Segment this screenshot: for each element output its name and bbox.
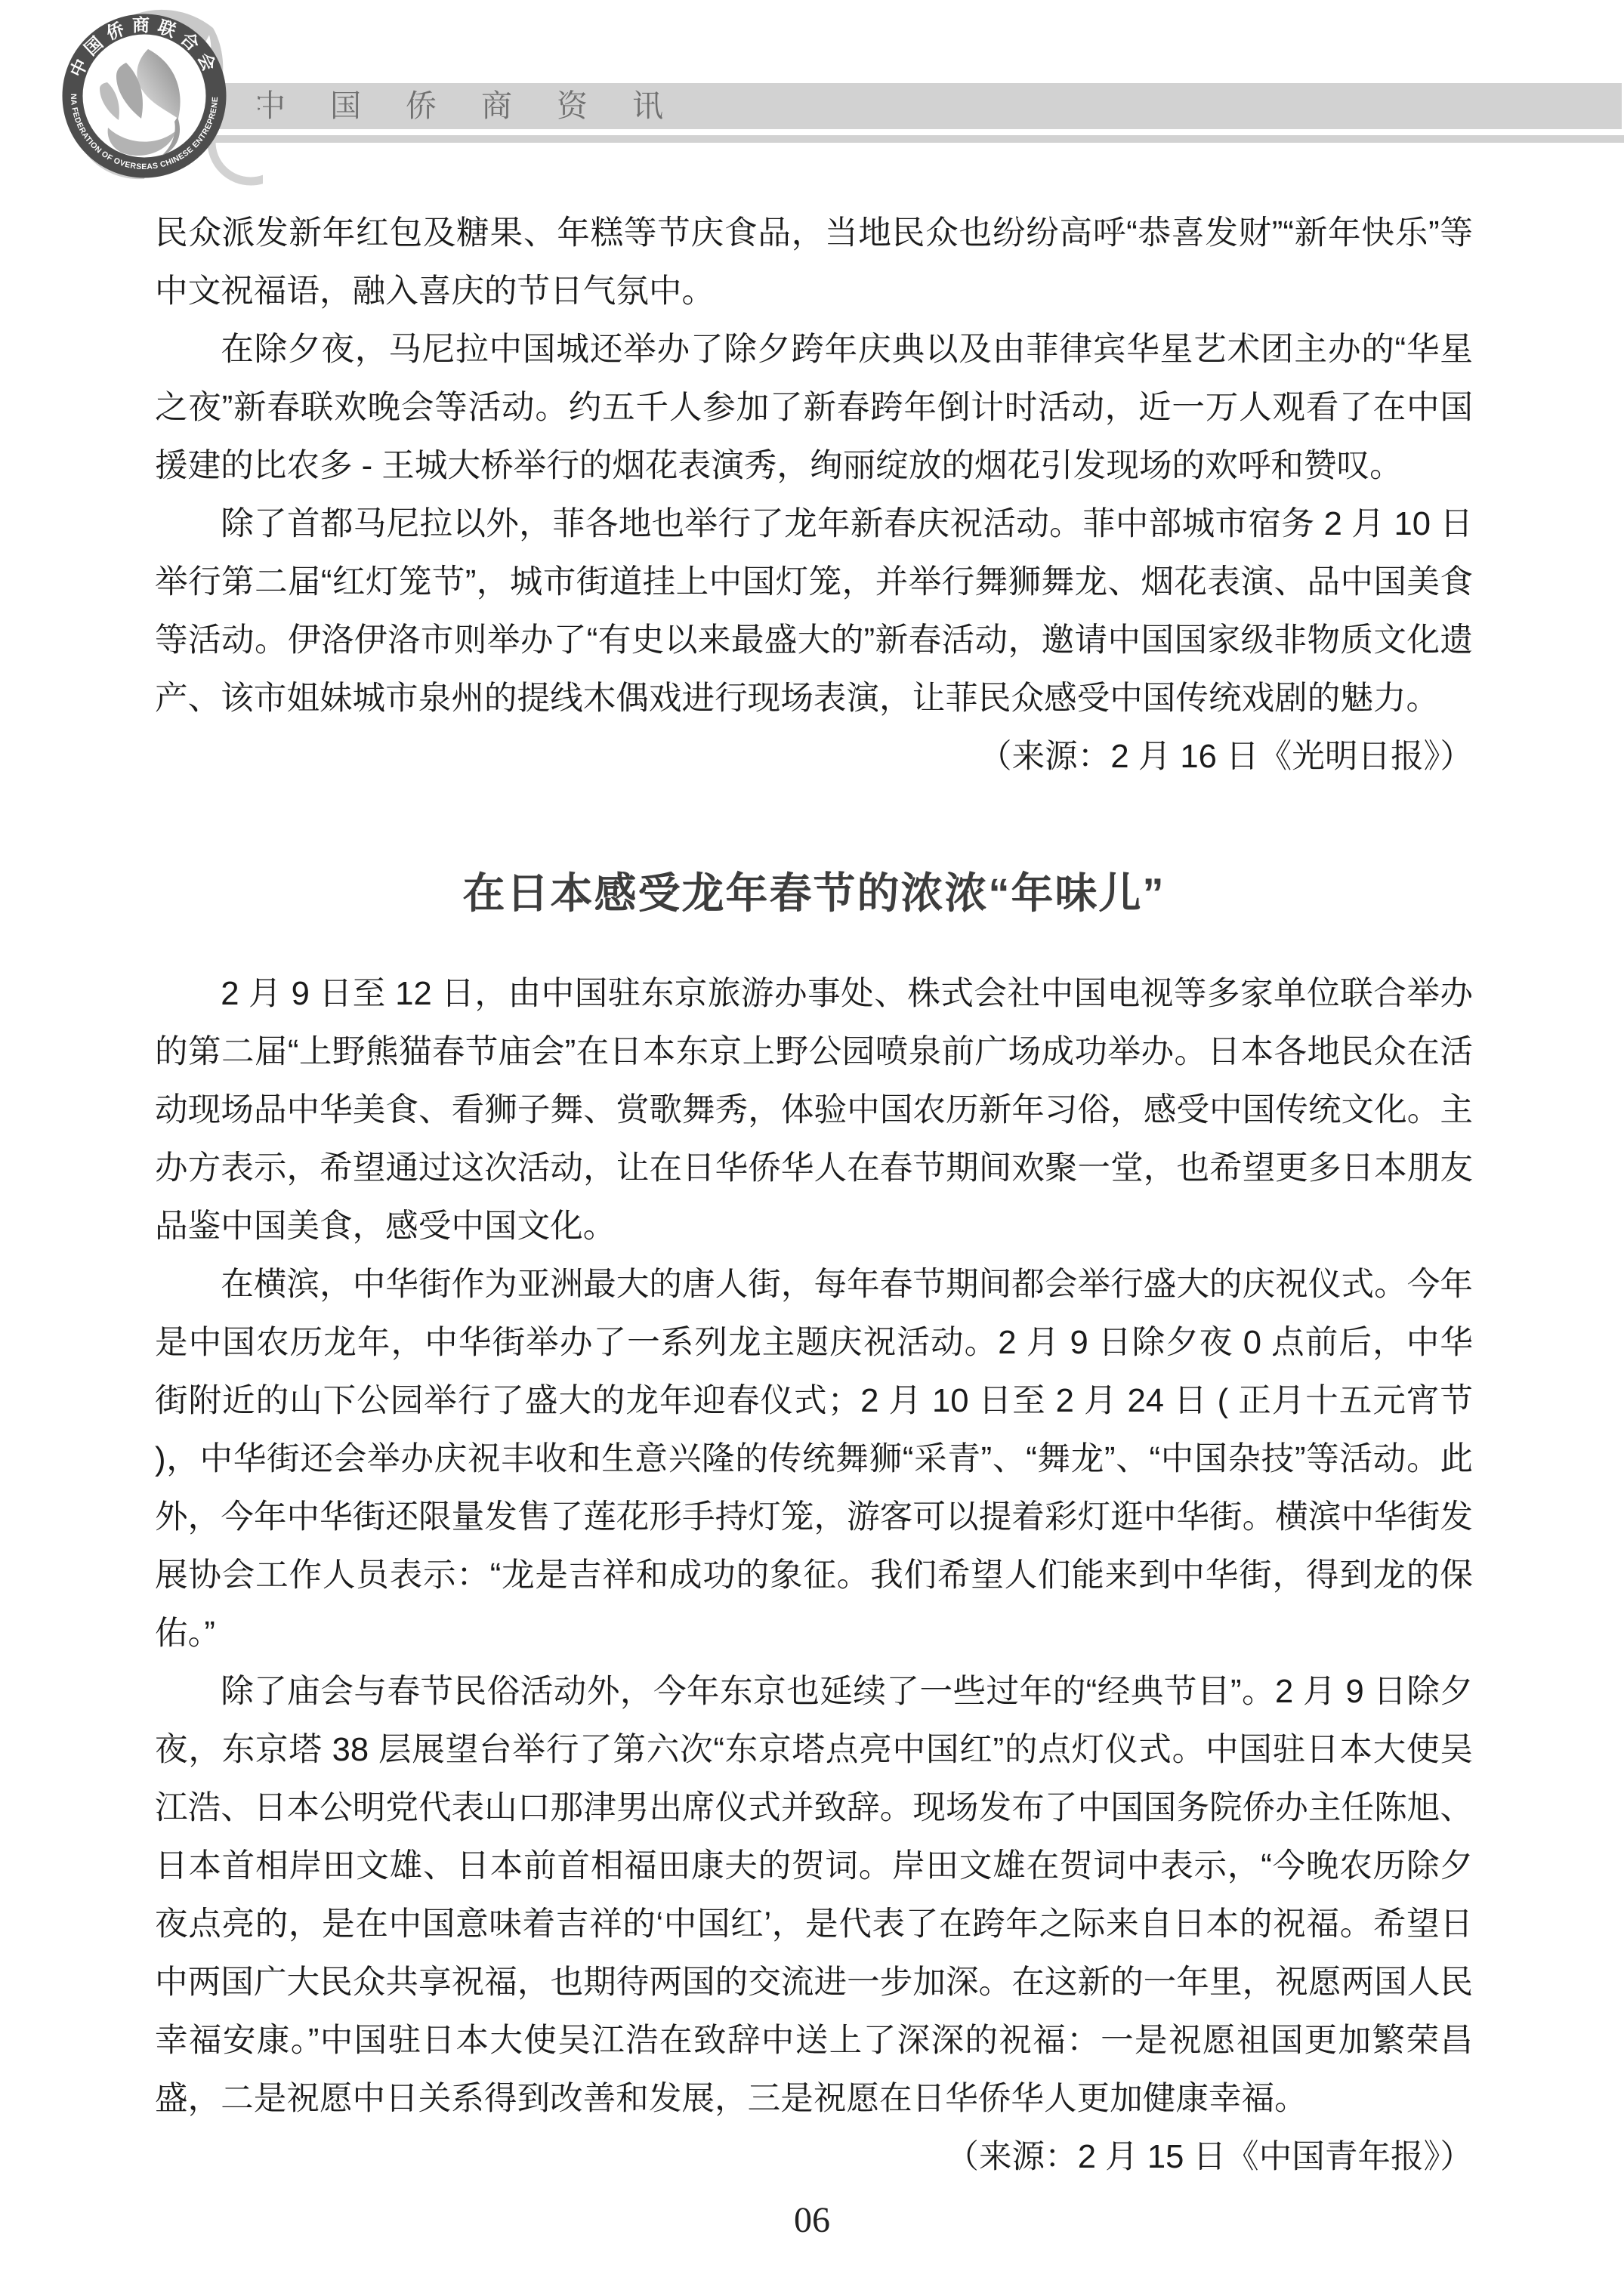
article2-paragraph-3: 除了庙会与春节民俗活动外，今年东京也延续了一些过年的“经典节目”。2 月 9 日… xyxy=(155,1663,1473,2128)
article1-paragraph-1: 民众派发新年红包及糖果、年糕等节庆食品，当地民众也纷纷高呼“恭喜发财”“新年快乐… xyxy=(155,205,1473,321)
page-content: 民众派发新年红包及糖果、年糕等节庆食品，当地民众也纷纷高呼“恭喜发财”“新年快乐… xyxy=(155,205,1473,2187)
masthead-title: 中国侨商资讯 xyxy=(255,83,708,129)
federation-logo-icon: 中国侨商联合会 CHINA FEDERATION OF OVERSEAS CHI… xyxy=(35,4,263,194)
article2-source-attribution: （来源：2 月 15 日《中国青年报》） xyxy=(155,2128,1473,2187)
article-philippines: 民众派发新年红包及糖果、年糕等节庆食品，当地民众也纷纷高呼“恭喜发财”“新年快乐… xyxy=(155,205,1473,786)
article1-paragraph-2: 在除夕夜，马尼拉中国城还举办了除夕跨年庆典以及由菲律宾华星艺术团主办的“华星之夜… xyxy=(155,321,1473,495)
article-japan: 2 月 9 日至 12 日，由中国驻东京旅游办事处、株式会社中国电视等多家单位联… xyxy=(155,965,1473,2187)
masthead-bar-underline xyxy=(193,135,1624,143)
article1-paragraph-3: 除了首都马尼拉以外，菲各地也举行了龙年新春庆祝活动。菲中部城市宿务 2 月 10… xyxy=(155,495,1473,728)
article1-source-attribution: （来源：2 月 16 日《光明日报》） xyxy=(155,728,1473,786)
article2-paragraph-2: 在横滨，中华街作为亚洲最大的唐人街，每年春节期间都会举行盛大的庆祝仪式。今年是中… xyxy=(155,1256,1473,1663)
article2-title: 在日本感受龙年春节的浓浓“年味儿” xyxy=(155,868,1473,918)
newsletter-page: 中国侨商资讯 中国侨商联合会 CHINA FEDERATION OF OVERS… xyxy=(0,0,1624,2293)
page-number: 06 xyxy=(0,2199,1624,2241)
article2-paragraph-1: 2 月 9 日至 12 日，由中国驻东京旅游办事处、株式会社中国电视等多家单位联… xyxy=(155,965,1473,1256)
